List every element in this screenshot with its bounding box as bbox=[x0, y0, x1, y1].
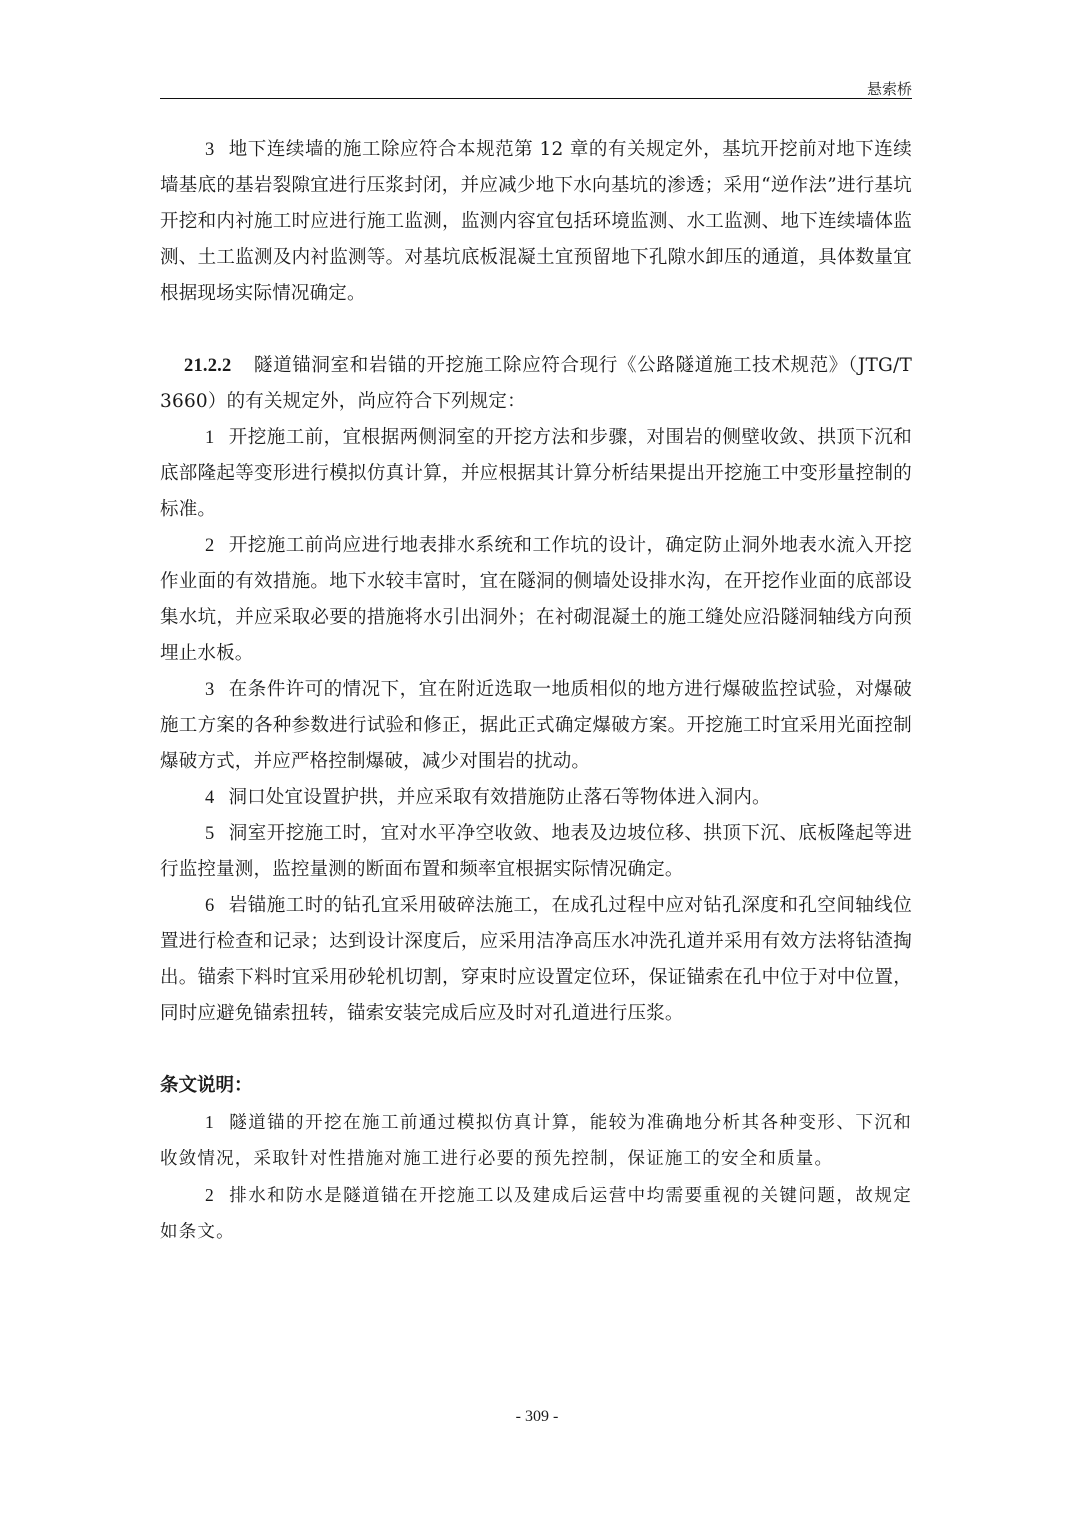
clause-number: 21.2.2 bbox=[184, 356, 231, 376]
page-body: 3地下连续墙的施工除应符合本规范第 12 章的有关规定外，基坑开挖前对地下连续墙… bbox=[160, 132, 912, 1250]
explanation-item-1: 1隧道锚的开挖在施工前通过模拟仿真计算，能较为准确地分析其各种变形、下沉和收敛情… bbox=[160, 1104, 912, 1177]
item-text: 排水和防水是隧道锚在开挖施工以及建成后运营中均需要重视的关键问题，故规定如条文。 bbox=[160, 1186, 912, 1242]
clause-item-3: 3在条件许可的情况下，宜在附近选取一地质相似的地方进行爆破监控试验，对爆破施工方… bbox=[160, 672, 912, 780]
item-number: 1 bbox=[205, 428, 214, 448]
page-number: - 309 - bbox=[0, 1408, 1074, 1426]
item-number: 4 bbox=[205, 788, 214, 808]
item-text: 地下连续墙的施工除应符合本规范第 12 章的有关规定外，基坑开挖前对地下连续墙基… bbox=[160, 139, 912, 304]
explanation-item-2: 2排水和防水是隧道锚在开挖施工以及建成后运营中均需要重视的关键问题，故规定如条文… bbox=[160, 1177, 912, 1250]
clause-item-4: 4洞口处宜设置护拱，并应采取有效措施防止落石等物体进入洞内。 bbox=[160, 780, 912, 816]
item-text: 洞室开挖施工时，宜对水平净空收敛、地表及边坡位移、拱顶下沉、底板隆起等进行监控量… bbox=[160, 823, 912, 880]
running-header-title: 悬索桥 bbox=[867, 78, 912, 99]
clause-paragraph: 21.2.2隧道锚洞室和岩锚的开挖施工除应符合现行《公路隧道施工技术规范》（JT… bbox=[160, 348, 912, 420]
item-number: 5 bbox=[205, 824, 214, 844]
spacer bbox=[160, 312, 912, 348]
clause-item-1: 1开挖施工前，宜根据两侧洞室的开挖方法和步骤，对围岩的侧壁收敛、拱顶下沉和底部隆… bbox=[160, 420, 912, 528]
item-text: 岩锚施工时的钻孔宜采用破碎法施工，在成孔过程中应对钻孔深度和孔空间轴线位置进行检… bbox=[160, 895, 912, 1024]
item-text: 开挖施工前尚应进行地表排水系统和工作坑的设计，确定防止洞外地表水流入开挖作业面的… bbox=[160, 535, 912, 664]
item-text: 在条件许可的情况下，宜在附近选取一地质相似的地方进行爆破监控试验，对爆破施工方案… bbox=[160, 679, 912, 772]
item-number: 3 bbox=[205, 680, 214, 700]
item-number: 3 bbox=[205, 140, 214, 160]
clause-text: 隧道锚洞室和岩锚的开挖施工除应符合现行《公路隧道施工技术规范》（JTG/T 36… bbox=[160, 355, 912, 412]
item-text: 开挖施工前，宜根据两侧洞室的开挖方法和步骤，对围岩的侧壁收敛、拱顶下沉和底部隆起… bbox=[160, 427, 912, 520]
item-text: 洞口处宜设置护拱，并应采取有效措施防止落石等物体进入洞内。 bbox=[228, 787, 770, 808]
header-rule bbox=[160, 98, 912, 99]
item-number: 6 bbox=[205, 896, 214, 916]
paragraph-item-3: 3地下连续墙的施工除应符合本规范第 12 章的有关规定外，基坑开挖前对地下连续墙… bbox=[160, 132, 912, 312]
item-number: 2 bbox=[205, 536, 214, 556]
explanation-title: 条文说明： bbox=[160, 1068, 912, 1104]
item-text: 隧道锚的开挖在施工前通过模拟仿真计算，能较为准确地分析其各种变形、下沉和收敛情况… bbox=[160, 1113, 912, 1169]
spacer bbox=[160, 1032, 912, 1068]
clause-item-5: 5洞室开挖施工时，宜对水平净空收敛、地表及边坡位移、拱顶下沉、底板隆起等进行监控… bbox=[160, 816, 912, 888]
item-number: 1 bbox=[205, 1112, 215, 1132]
clause-item-6: 6岩锚施工时的钻孔宜采用破碎法施工，在成孔过程中应对钻孔深度和孔空间轴线位置进行… bbox=[160, 888, 912, 1032]
item-number: 2 bbox=[205, 1185, 215, 1205]
explanation-section: 条文说明： 1隧道锚的开挖在施工前通过模拟仿真计算，能较为准确地分析其各种变形、… bbox=[160, 1068, 912, 1250]
clause-item-2: 2开挖施工前尚应进行地表排水系统和工作坑的设计，确定防止洞外地表水流入开挖作业面… bbox=[160, 528, 912, 672]
